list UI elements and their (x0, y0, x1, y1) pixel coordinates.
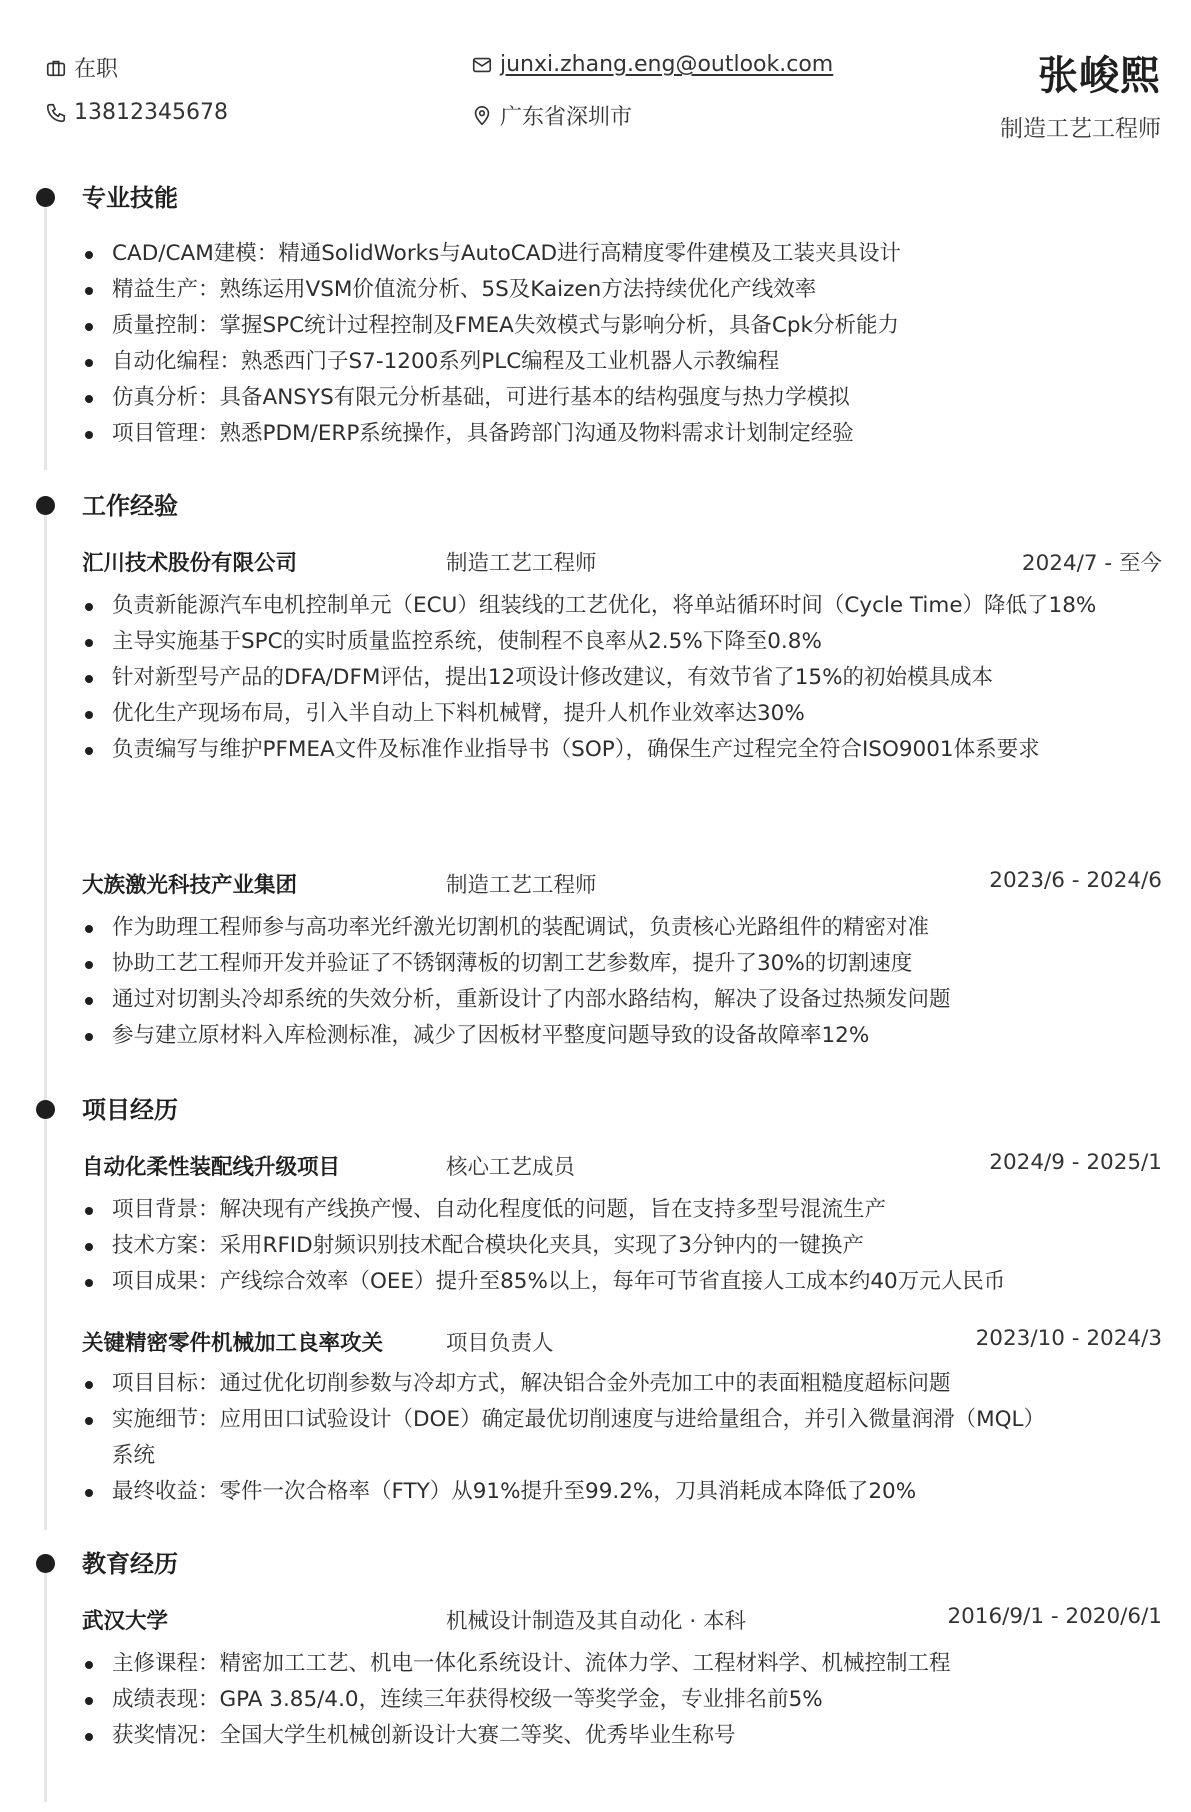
phone-text: 13812345678 (74, 100, 228, 125)
location-text: 广东省深圳市 (500, 100, 632, 131)
project-entry-header: 关键精密零件机械加工良率攻关 项目负责人 2023/10 - 2024/3 (82, 1326, 1162, 1358)
employment-status: 在职 (44, 52, 118, 83)
mail-icon (470, 53, 494, 77)
list-item: 质量控制：掌握SPC统计过程控制及FMEA失效模式与影响分析，具备Cpk分析能力 (82, 308, 1142, 344)
email-contact: junxi.zhang.eng@outlook.com (470, 52, 833, 77)
company-name: 大族激光科技产业集团 (82, 868, 297, 899)
list-item: 获奖情况：全国大学生机械创新设计大赛二等奖、优秀毕业生称号 (82, 1718, 1142, 1754)
skills-list: CAD/CAM建模：精通SolidWorks与AutoCAD进行高精度零件建模及… (82, 236, 1142, 452)
timeline-dot (36, 496, 55, 515)
project-entry-header: 自动化柔性装配线升级项目 核心工艺成员 2024/9 - 2025/1 (82, 1150, 1162, 1182)
list-item: 针对新型号产品的DFA/DFM评估，提出12项设计修改建议，有效节省了15%的初… (82, 660, 1142, 696)
list-item: 通过对切割头冷却系统的失效分析，重新设计了内部水路结构，解决了设备过热频发问题 (82, 982, 1142, 1018)
work-duties-list: 负责新能源汽车电机控制单元（ECU）组装线的工艺优化，将单站循环时间（Cycle… (82, 588, 1142, 768)
major-degree: 机械设计制造及其自动化 · 本科 (446, 1604, 746, 1635)
timeline-rail (44, 198, 47, 470)
list-item: 负责新能源汽车电机控制单元（ECU）组装线的工艺优化，将单站循环时间（Cycle… (82, 588, 1142, 624)
section-skills: 专业技能 CAD/CAM建模：精通SolidWorks与AutoCAD进行高精度… (0, 170, 1191, 470)
school-name: 武汉大学 (82, 1604, 168, 1635)
list-item: 实施细节：应用田口试验设计（DOE）确定最优切削速度与进给量组合，并引入微量润滑… (82, 1402, 1142, 1474)
list-item: 作为助理工程师参与高功率光纤激光切割机的装配调试，负责核心光路组件的精密对准 (82, 910, 1142, 946)
list-item: 最终收益：零件一次合格率（FTY）从91%提升至99.2%，刀具消耗成本降低了2… (82, 1474, 1142, 1510)
project-name: 自动化柔性装配线升级项目 (82, 1150, 340, 1181)
date-range: 2024/9 - 2025/1 (989, 1150, 1162, 1175)
list-item: 自动化编程：熟悉西门子S7-1200系列PLC编程及工业机器人示教编程 (82, 344, 1142, 380)
location-contact: 广东省深圳市 (470, 100, 632, 131)
job-role: 制造工艺工程师 (446, 546, 597, 577)
map-pin-icon (470, 104, 494, 128)
list-item: 仿真分析：具备ANSYS有限元分析基础，可进行基本的结构强度与热力学模拟 (82, 380, 1142, 416)
project-details-list: 项目目标：通过优化切削参数与冷却方式，解决铝合金外壳加工中的表面粗糙度超标问题 … (82, 1366, 1142, 1510)
candidate-job-title: 制造工艺工程师 (1000, 110, 1161, 143)
list-item: 精益生产：熟练运用VSM价值流分析、5S及Kaizen方法持续优化产线效率 (82, 272, 1142, 308)
phone-icon (44, 101, 68, 125)
phone-contact: 13812345678 (44, 100, 228, 125)
date-range: 2016/9/1 - 2020/6/1 (947, 1604, 1162, 1629)
list-item: 项目背景：解决现有产线换产慢、自动化程度低的问题，旨在支持多型号混流生产 (82, 1192, 1142, 1228)
list-item: 项目目标：通过优化切削参数与冷却方式，解决铝合金外壳加工中的表面粗糙度超标问题 (82, 1366, 1142, 1402)
section-title: 工作经验 (82, 486, 178, 521)
list-item: 主导实施基于SPC的实时质量监控系统，使制程不良率从2.5%下降至0.8% (82, 624, 1142, 660)
education-entry-header: 武汉大学 机械设计制造及其自动化 · 本科 2016/9/1 - 2020/6/… (82, 1604, 1162, 1636)
project-name: 关键精密零件机械加工良率攻关 (82, 1326, 383, 1357)
section-title: 项目经历 (82, 1090, 178, 1125)
list-item: 技术方案：采用RFID射频识别技术配合模块化夹具，实现了3分钟内的一键换产 (82, 1228, 1142, 1264)
list-item: 协助工艺工程师开发并验证了不锈钢薄板的切割工艺参数库，提升了30%的切割速度 (82, 946, 1142, 982)
timeline-dot (36, 188, 55, 207)
list-item: CAD/CAM建模：精通SolidWorks与AutoCAD进行高精度零件建模及… (82, 236, 1142, 272)
date-range: 2024/7 - 至今 (1022, 546, 1162, 577)
project-details-list: 项目背景：解决现有产线换产慢、自动化程度低的问题，旨在支持多型号混流生产 技术方… (82, 1192, 1142, 1300)
list-item: 项目成果：产线综合效率（OEE）提升至85%以上，每年可节省直接人工成本约40万… (82, 1264, 1142, 1300)
list-item: 参与建立原材料入库检测标准，减少了因板材平整度问题导致的设备故障率12% (82, 1018, 1142, 1054)
company-name: 汇川技术股份有限公司 (82, 546, 297, 577)
candidate-name: 张峻熙 (1038, 44, 1161, 101)
list-item: 负责编写与维护PFMEA文件及标准作业指导书（SOP），确保生产过程完全符合IS… (82, 732, 1142, 768)
section-title: 专业技能 (82, 178, 178, 213)
section-work: 工作经验 汇川技术股份有限公司 制造工艺工程师 2024/7 - 至今 负责新能… (0, 478, 1191, 1078)
job-role: 制造工艺工程师 (446, 868, 597, 899)
project-role: 项目负责人 (446, 1326, 554, 1357)
resume-header: 在职 13812345678 junxi.zhang.eng@outlook.c… (0, 0, 1191, 160)
education-details-list: 主修课程：精密加工工艺、机电一体化系统设计、流体力学、工程材料学、机械控制工程 … (82, 1646, 1142, 1754)
section-projects: 项目经历 自动化柔性装配线升级项目 核心工艺成员 2024/9 - 2025/1… (0, 1082, 1191, 1532)
work-entry-header: 汇川技术股份有限公司 制造工艺工程师 2024/7 - 至今 (82, 546, 1162, 578)
section-education: 教育经历 武汉大学 机械设计制造及其自动化 · 本科 2016/9/1 - 20… (0, 1536, 1191, 1806)
briefcase-icon (44, 56, 68, 80)
list-item: 项目管理：熟悉PDM/ERP系统操作，具备跨部门沟通及物料需求计划制定经验 (82, 416, 1142, 452)
list-item: 优化生产现场布局，引入半自动上下料机械臂，提升人机作业效率达30% (82, 696, 1142, 732)
list-item: 成绩表现：GPA 3.85/4.0，连续三年获得校级一等奖学金，专业排名前5% (82, 1682, 1142, 1718)
date-range: 2023/6 - 2024/6 (989, 868, 1162, 893)
section-title: 教育经历 (82, 1544, 178, 1579)
work-entry-header: 大族激光科技产业集团 制造工艺工程师 2023/6 - 2024/6 (82, 868, 1162, 900)
timeline-dot (36, 1100, 55, 1119)
work-duties-list: 作为助理工程师参与高功率光纤激光切割机的装配调试，负责核心光路组件的精密对准 协… (82, 910, 1142, 1054)
timeline-dot (36, 1554, 55, 1573)
timeline-rail (44, 506, 47, 1100)
email-link[interactable]: junxi.zhang.eng@outlook.com (500, 52, 833, 77)
list-item: 主修课程：精密加工工艺、机电一体化系统设计、流体力学、工程材料学、机械控制工程 (82, 1646, 1142, 1682)
status-text: 在职 (74, 52, 118, 83)
project-role: 核心工艺成员 (446, 1150, 575, 1181)
date-range: 2023/10 - 2024/3 (976, 1326, 1162, 1351)
timeline-rail (44, 1110, 47, 1530)
timeline-rail (44, 1564, 47, 1802)
